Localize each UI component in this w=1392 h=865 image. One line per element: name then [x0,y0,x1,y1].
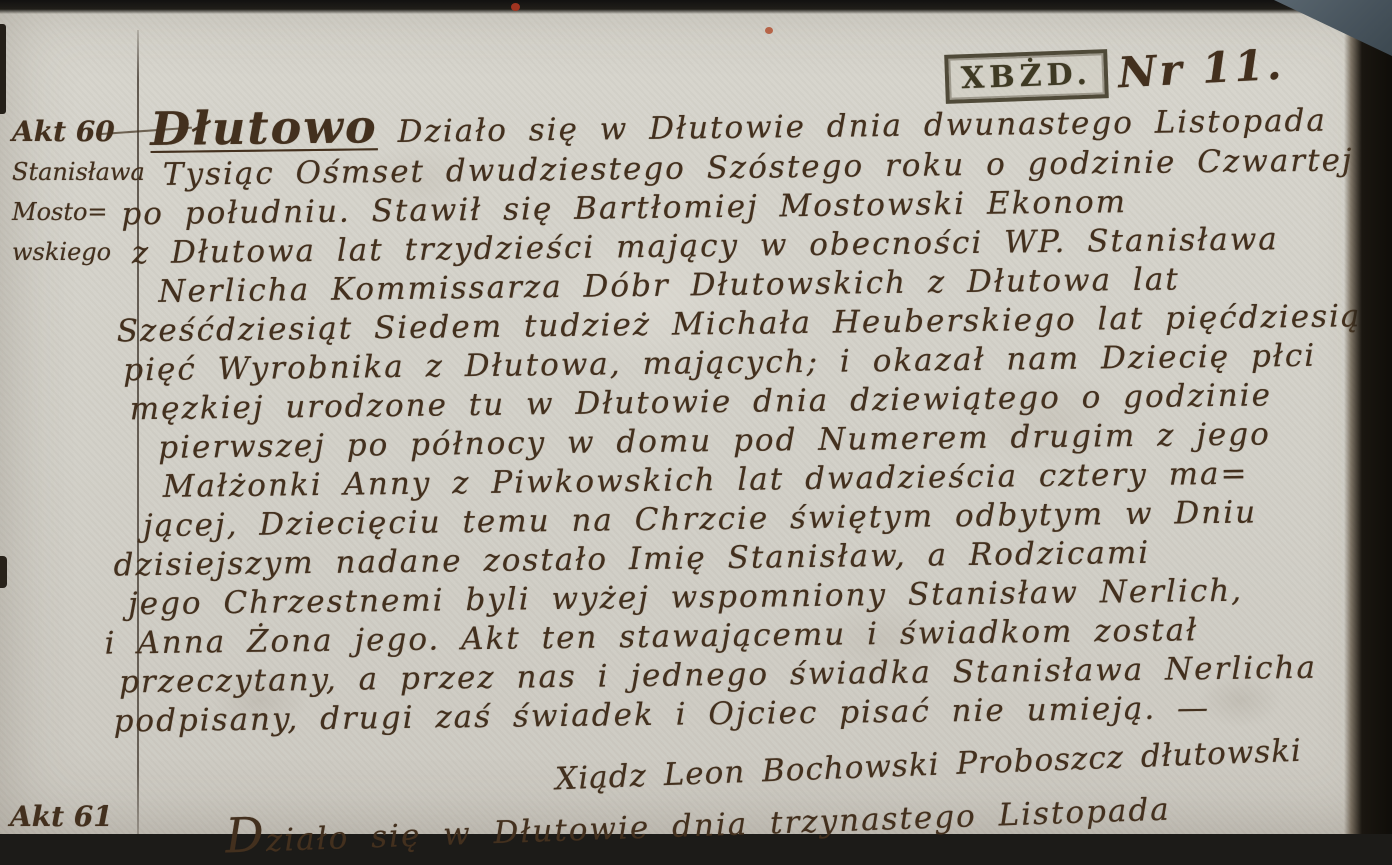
margin-name-line: wskiego [12,232,142,272]
margin-name-line: Stanisława [12,152,142,192]
photo-left-mark [0,556,7,588]
place-heading: Dłutowo [150,99,378,156]
manuscript-body: DłutowoDziało się w Dłutowie dnia dwunas… [150,87,1353,741]
manuscript-page: XBŻD. Nr 11. Akt 60 Stanisława Mosto= ws… [0,0,1392,834]
margin-act-number: Akt 60 [12,112,142,152]
book-edge-shadow [1344,0,1392,834]
next-margin-act-number: Akt 61 [10,800,113,833]
red-speck [511,3,520,11]
red-speck [765,27,773,34]
photo-top-edge [0,0,1392,14]
margin-note: Akt 60 Stanisława Mosto= wskiego [12,112,142,272]
photo-left-edge [0,24,6,114]
